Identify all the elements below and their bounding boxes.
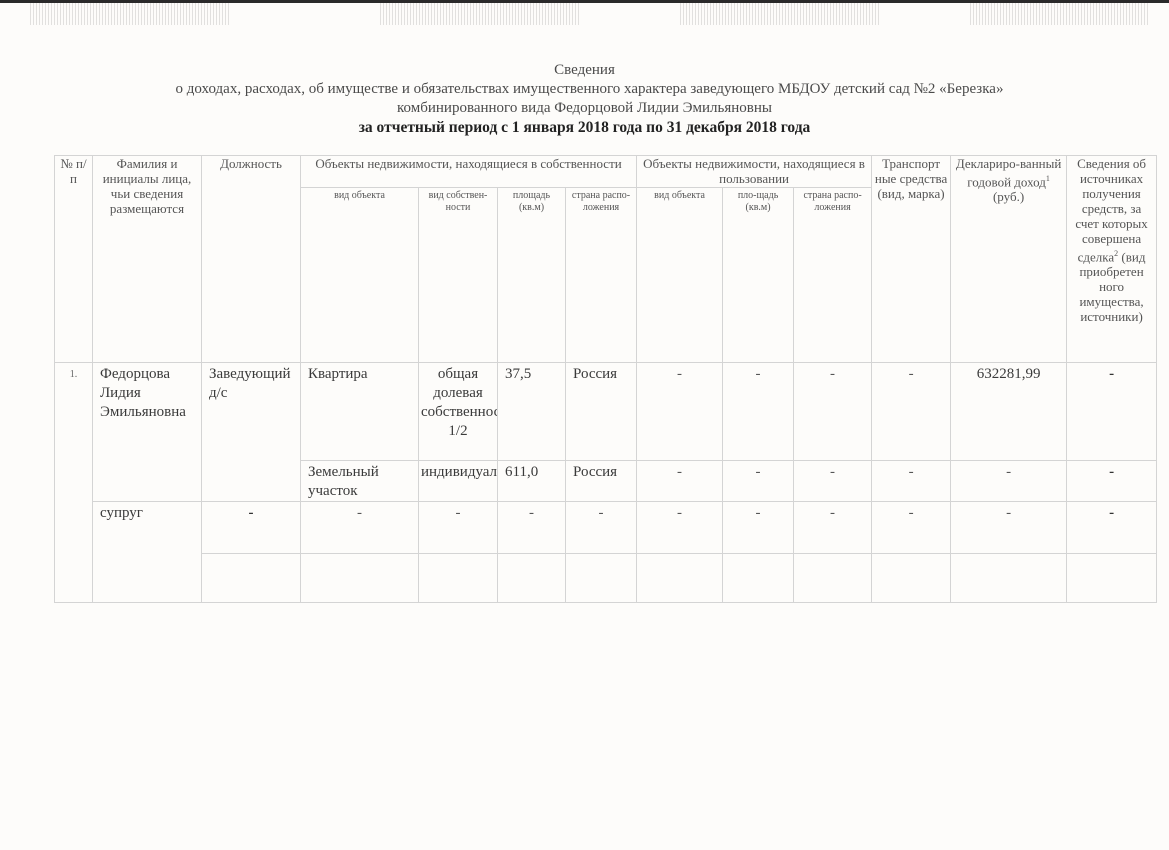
- scan-artifact: [680, 3, 880, 25]
- empty-cell: [202, 554, 301, 603]
- funds-sources: -: [1067, 461, 1157, 502]
- owned-ownership: -: [419, 502, 498, 554]
- owned-type: Квартира: [301, 363, 419, 461]
- empty-cell: [1067, 554, 1157, 603]
- subheader-used-country: страна распо-ложения: [794, 188, 872, 363]
- empty-cell: [723, 554, 794, 603]
- subheader-owned-country: страна распо-ложения: [566, 188, 637, 363]
- subheader-owned-ownership: вид собствен-ности: [419, 188, 498, 363]
- scan-artifact: [970, 3, 1150, 25]
- empty-cell: [637, 554, 723, 603]
- header-transport: Транспорт ные средства (вид, марка): [872, 156, 951, 363]
- header-used-property: Объекты недвижимости, находящиеся в поль…: [637, 156, 872, 188]
- subheader-owned-area: площадь (кв.м): [498, 188, 566, 363]
- empty-cell: [872, 554, 951, 603]
- used-area: -: [723, 363, 794, 461]
- declared-income: 632281,99: [951, 363, 1067, 461]
- owned-area: 37,5: [498, 363, 566, 461]
- row-number: 1.: [55, 363, 93, 603]
- empty-cell: [566, 554, 637, 603]
- empty-cell: [419, 554, 498, 603]
- empty-cell: [498, 554, 566, 603]
- scan-artifact: [30, 3, 230, 25]
- declared-income: -: [951, 461, 1067, 502]
- used-area: -: [723, 502, 794, 554]
- scan-artifact: [380, 3, 580, 25]
- transport: -: [872, 502, 951, 554]
- used-country: -: [794, 502, 872, 554]
- person-name: Федорцова Лидия Эмильяновна: [93, 363, 202, 502]
- header-num: № п/п: [55, 156, 93, 363]
- empty-cell: [951, 554, 1067, 603]
- person-position: Заведующий д/с: [202, 363, 301, 502]
- table-row: супруг - - - - - - - - - - -: [55, 502, 1157, 554]
- subheader-owned-type: вид объекта: [301, 188, 419, 363]
- used-type: -: [637, 502, 723, 554]
- owned-country: Россия: [566, 461, 637, 502]
- empty-cell: [794, 554, 872, 603]
- subheader-used-area: пло-щадь (кв.м): [723, 188, 794, 363]
- used-type: -: [637, 363, 723, 461]
- header-name: Фамилия и инициалы лица, чьи сведения ра…: [93, 156, 202, 363]
- title-period: за отчетный период с 1 января 2018 года …: [0, 118, 1169, 137]
- owned-ownership: общая долевая собственность: 1/2: [419, 363, 498, 461]
- header-owned-property: Объекты недвижимости, находящиеся в собс…: [301, 156, 637, 188]
- owned-ownership: индивидуальная: [419, 461, 498, 502]
- title-heading: Сведения: [0, 61, 1169, 80]
- title-person: комбинированного вида Федорцовой Лидии Э…: [0, 99, 1169, 118]
- header-sources: Сведения об источниках получения средств…: [1067, 156, 1157, 363]
- used-country: -: [794, 363, 872, 461]
- funds-sources: -: [1067, 363, 1157, 461]
- owned-type: -: [301, 502, 419, 554]
- transport: -: [872, 363, 951, 461]
- owned-country: Россия: [566, 363, 637, 461]
- empty-cell: [301, 554, 419, 603]
- document-title: Сведения о доходах, расходах, об имущест…: [0, 61, 1169, 137]
- subheader-used-type: вид объекта: [637, 188, 723, 363]
- table-row-empty: [55, 554, 1157, 603]
- title-subject: о доходах, расходах, об имуществе и обяз…: [0, 80, 1169, 99]
- header-row: № п/п Фамилия и инициалы лица, чьи сведе…: [55, 156, 1157, 188]
- header-position: Должность: [202, 156, 301, 363]
- used-country: -: [794, 461, 872, 502]
- declared-income: -: [951, 502, 1067, 554]
- owned-country: -: [566, 502, 637, 554]
- person-position: -: [202, 502, 301, 554]
- header-income: Деклариро-ванный годовой доход1 (руб.): [951, 156, 1067, 363]
- transport: -: [872, 461, 951, 502]
- declaration-table: № п/п Фамилия и инициалы лица, чьи сведе…: [54, 155, 1157, 603]
- person-name: супруг: [93, 502, 202, 603]
- owned-area: -: [498, 502, 566, 554]
- funds-sources: -: [1067, 502, 1157, 554]
- owned-type: Земельный участок: [301, 461, 419, 502]
- used-area: -: [723, 461, 794, 502]
- owned-area: 611,0: [498, 461, 566, 502]
- table-row: 1. Федорцова Лидия Эмильяновна Заведующи…: [55, 363, 1157, 461]
- used-type: -: [637, 461, 723, 502]
